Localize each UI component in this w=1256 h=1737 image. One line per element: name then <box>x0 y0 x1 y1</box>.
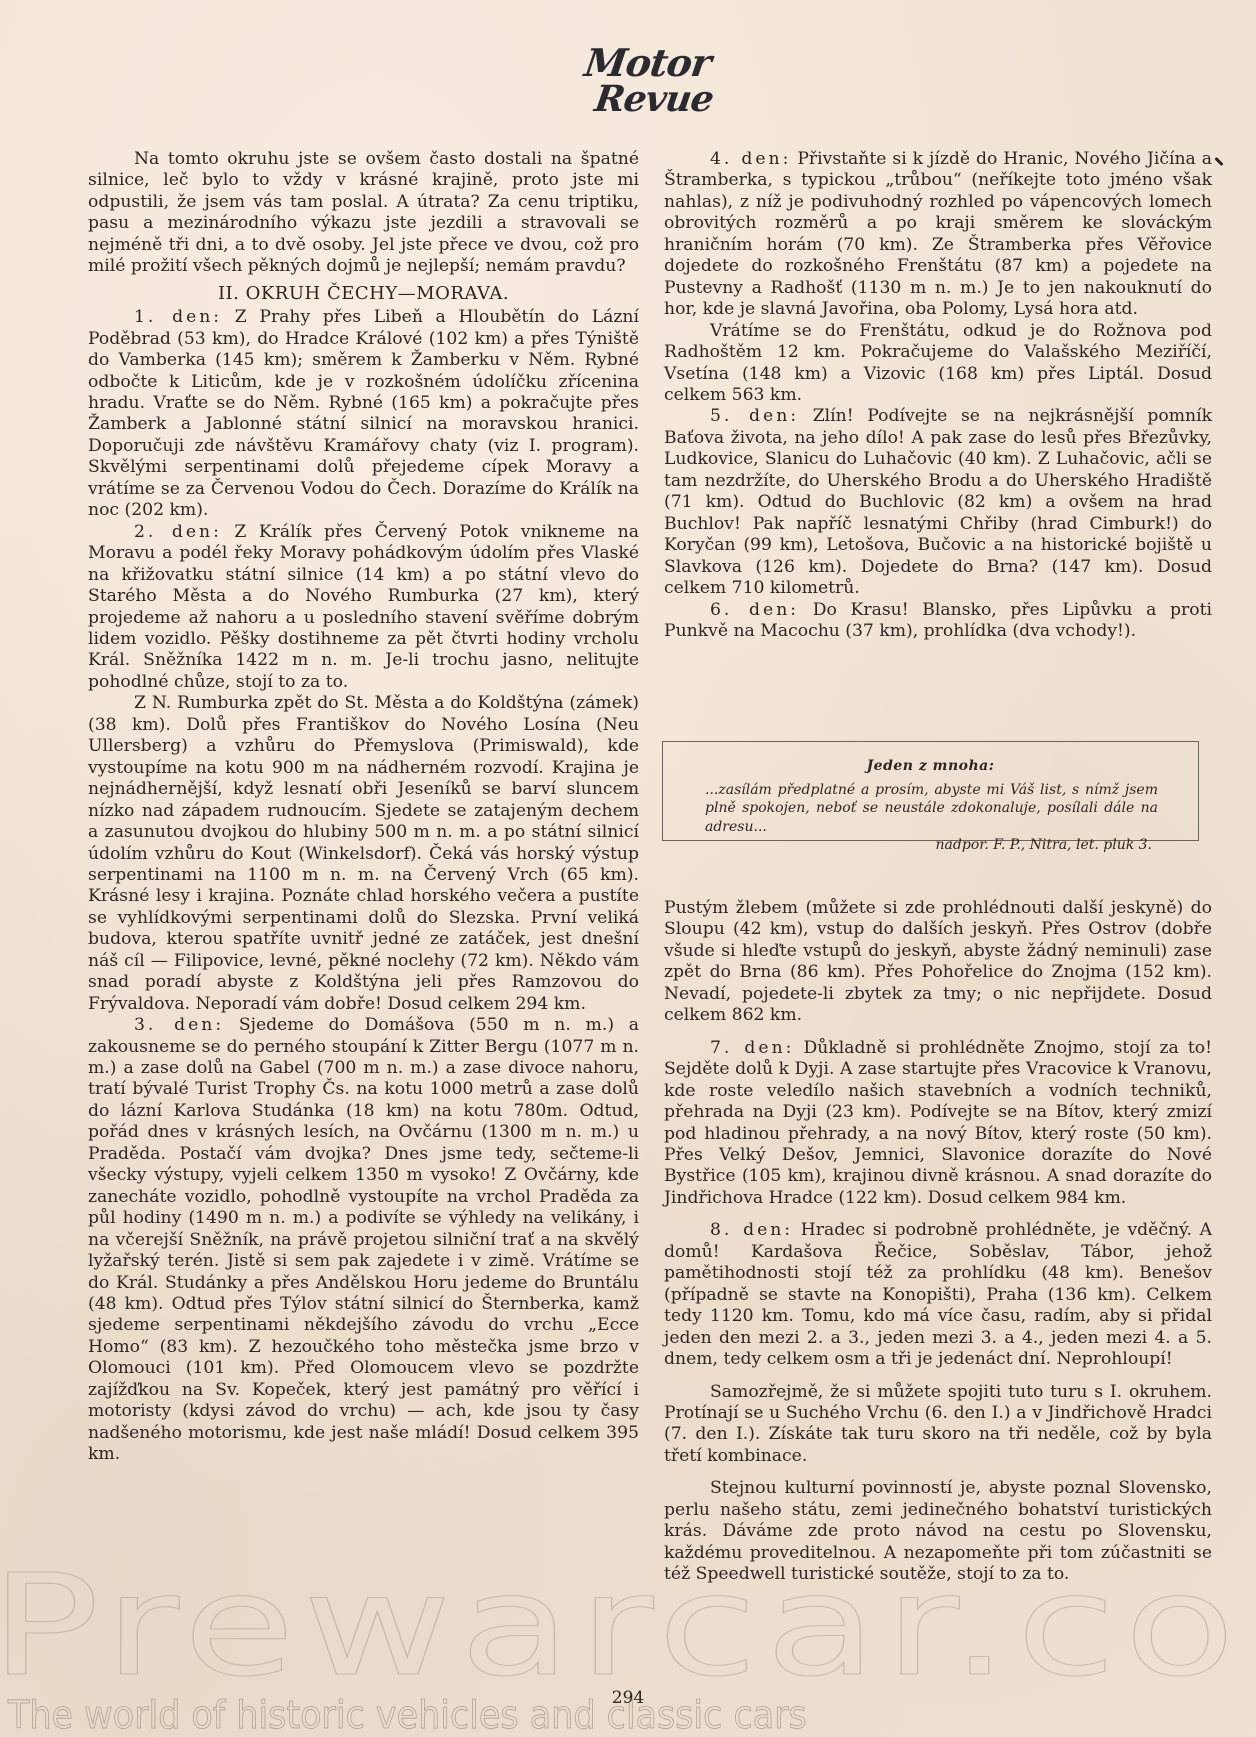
day-1-paragraph: 1. den: Z Prahy přes Libeň a Hloubětín d… <box>88 307 639 522</box>
day-5-label: 5. den: <box>710 406 799 426</box>
day-4-continuation: Vrátíme se do Frenštátu, odkud je do Rož… <box>664 321 1212 407</box>
page-number: 294 <box>0 1688 1256 1708</box>
quote-signature: nadpor. F. P., Nitra, let. pluk 3. <box>663 836 1152 855</box>
day-5-text: Zlín! Podívejte se na nejkrásnější pomní… <box>664 406 1212 598</box>
day-4-text: Přivstaňte si k jízdě do Hranic, Nového … <box>664 149 1212 319</box>
ink-mark <box>1214 157 1223 166</box>
day-1-text: Z Prahy přes Libeň a Hloubětín do Lázní … <box>88 307 639 520</box>
quote-body: ...zasílám předplatné a prosím, abyste m… <box>705 781 1158 837</box>
left-column: Na tomto okruhu jste se ovšem často dost… <box>88 149 639 1466</box>
day-6-paragraph: 6. den: Do Krasu! Blansko, přes Lipůvku … <box>664 600 1212 643</box>
right-column-upper: 4. den: Přivstaňte si k jízdě do Hranic,… <box>664 149 1212 642</box>
day-2-continuation: Z N. Rumburka zpět do St. Města a do Kol… <box>88 693 639 1015</box>
day-3-paragraph: 3. den: Sjedeme do Domášova (550 m n. m.… <box>88 1015 639 1466</box>
day-8-paragraph: 8. den: Hradec si podrobně prohlédněte, … <box>664 1220 1212 1370</box>
masthead-line-2: Revue <box>582 81 727 117</box>
day-8-text: Hradec si podrobně prohlédněte, je vděčn… <box>664 1220 1212 1369</box>
day-2-label: 2. den: <box>134 522 222 542</box>
intro-paragraph: Na tomto okruhu jste se ovšem často dost… <box>88 149 639 278</box>
day-6-label: 6. den: <box>710 600 799 620</box>
right-column-lower: Pustým žlebem (můžete si zde prohlédnout… <box>664 898 1212 1586</box>
masthead-logo: Motor Revue <box>585 45 725 125</box>
day-7-text: Důkladně si prohlédněte Znojmo, stojí za… <box>664 1038 1212 1208</box>
day-3-text: Sjedeme do Domášova (550 m n. m.) a zako… <box>88 1015 639 1464</box>
section-heading: II. OKRUH ČECHY—MORAVA. <box>88 283 639 304</box>
day-7-paragraph: 7. den: Důkladně si prohlédněte Znojmo, … <box>664 1038 1212 1210</box>
masthead-line-1: Motor <box>582 45 727 81</box>
day-4-label: 4. den: <box>710 149 791 169</box>
day-7-label: 7. den: <box>710 1038 794 1058</box>
slovakia-paragraph: Stejnou kulturní povinností je, abyste p… <box>664 1478 1212 1585</box>
reader-quote-box: Jeden z mnoha: ...zasílám předplatné a p… <box>662 741 1199 841</box>
day-1-label: 1. den: <box>134 307 222 327</box>
day-8-label: 8. den: <box>710 1220 793 1240</box>
day-3-label: 3. den: <box>134 1015 224 1035</box>
day-2-text: Z Králík přes Červený Potok vnikneme na … <box>88 522 639 692</box>
day-5-paragraph: 5. den: Zlín! Podívejte se na nejkrásněj… <box>664 406 1212 599</box>
day-2-paragraph: 2. den: Z Králík přes Červený Potok vnik… <box>88 522 639 694</box>
combine-paragraph: Samozřejmě, že si můžete spojiti tuto tu… <box>664 1382 1212 1468</box>
day-6-continuation: Pustým žlebem (můžete si zde prohlédnout… <box>664 898 1212 1027</box>
day-4-paragraph: 4. den: Přivstaňte si k jízdě do Hranic,… <box>664 149 1212 321</box>
quote-title: Jeden z mnoha: <box>663 757 1198 776</box>
